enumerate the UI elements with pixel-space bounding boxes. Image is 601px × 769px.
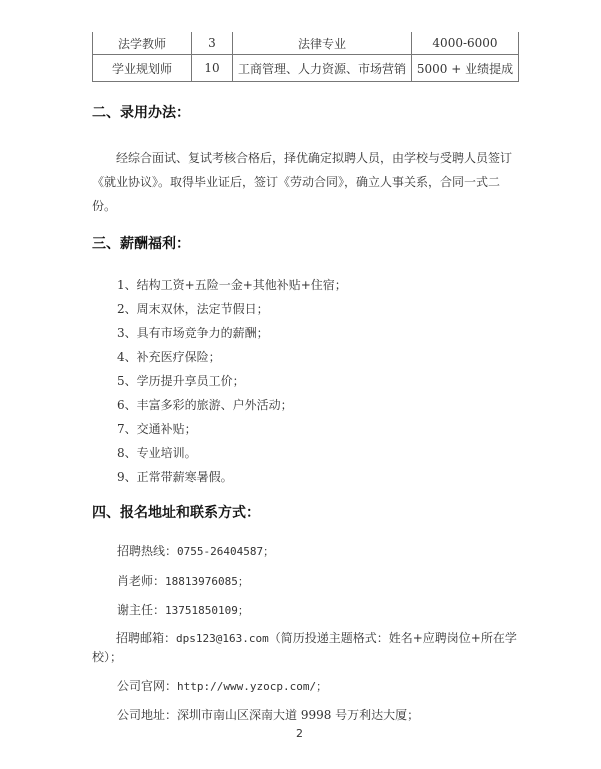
salary-cell: 5000 + 业绩提成 [412, 55, 519, 82]
page-number: 2 [296, 727, 303, 740]
list-item: 1、结构工资+五险一金+其他补贴+住宿； [117, 273, 347, 297]
section-heading-contact: 四、报名地址和联系方式： [92, 502, 260, 522]
headcount-cell: 10 [192, 55, 233, 82]
director-xie-phone: 13751850109； [165, 604, 249, 617]
address-label: 公司地址： [117, 708, 177, 722]
list-item: 5、学历提升享员工价； [117, 369, 347, 393]
address-text: 深圳市南山区深南大道 9998 号万利达大厦； [177, 708, 419, 722]
email-address[interactable]: dps123@163.com [176, 632, 269, 645]
list-item: 9、正常带薪寒暑假。 [117, 465, 347, 489]
director-xie-label: 谢主任： [117, 603, 165, 617]
website-line: 公司官网：http://www.yzocp.com/； [117, 677, 327, 694]
salary-cell: 4000-6000 [412, 32, 519, 55]
list-item: 4、补充医疗保险； [117, 345, 347, 369]
position-cell: 法学教师 [93, 32, 192, 55]
teacher-xiao-line: 肖老师：18813976085； [117, 572, 249, 589]
list-item: 7、交通补贴； [117, 417, 347, 441]
website-label: 公司官网： [117, 679, 177, 693]
position-cell: 学业规划师 [93, 55, 192, 82]
table-row: 法学教师 3 法律专业 4000-6000 [93, 32, 519, 55]
headcount-cell: 3 [192, 32, 233, 55]
email-label: 招聘邮箱： [116, 631, 176, 645]
hiring-method-paragraph: 经综合面试、复试考核合格后，择优确定拟聘人员，由学校与受聘人员签订《就业协议》。… [92, 146, 522, 218]
major-cell: 法律专业 [233, 32, 412, 55]
email-line: 招聘邮箱：dps123@163.com（简历投递主题格式：姓名+应聘岗位+所在学… [92, 629, 522, 666]
positions-table: 法学教师 3 法律专业 4000-6000 学业规划师 10 工商管理、人力资源… [92, 32, 519, 82]
major-cell: 工商管理、人力资源、市场营销 [233, 55, 412, 82]
address-line: 公司地址：深圳市南山区深南大道 9998 号万利达大厦； [117, 706, 419, 723]
list-item: 2、周末双休，法定节假日； [117, 297, 347, 321]
section-heading-hiring-method: 二、录用办法： [92, 102, 190, 122]
hotline-label: 招聘热线： [117, 544, 177, 558]
website-link[interactable]: http://www.yzocp.com/； [177, 680, 327, 693]
benefits-list: 1、结构工资+五险一金+其他补贴+住宿； 2、周末双休，法定节假日； 3、具有市… [117, 273, 347, 489]
teacher-xiao-phone: 18813976085； [165, 575, 249, 588]
section-heading-benefits: 三、薪酬福利： [92, 233, 190, 253]
director-xie-line: 谢主任：13751850109； [117, 601, 249, 618]
table-row: 学业规划师 10 工商管理、人力资源、市场营销 5000 + 业绩提成 [93, 55, 519, 82]
list-item: 3、具有市场竞争力的薪酬； [117, 321, 347, 345]
teacher-xiao-label: 肖老师： [117, 574, 165, 588]
list-item: 6、丰富多彩的旅游、户外活动； [117, 393, 347, 417]
hotline-number: 0755-26404587； [177, 545, 274, 558]
list-item: 8、专业培训。 [117, 441, 347, 465]
hotline-line: 招聘热线：0755-26404587； [117, 542, 274, 559]
